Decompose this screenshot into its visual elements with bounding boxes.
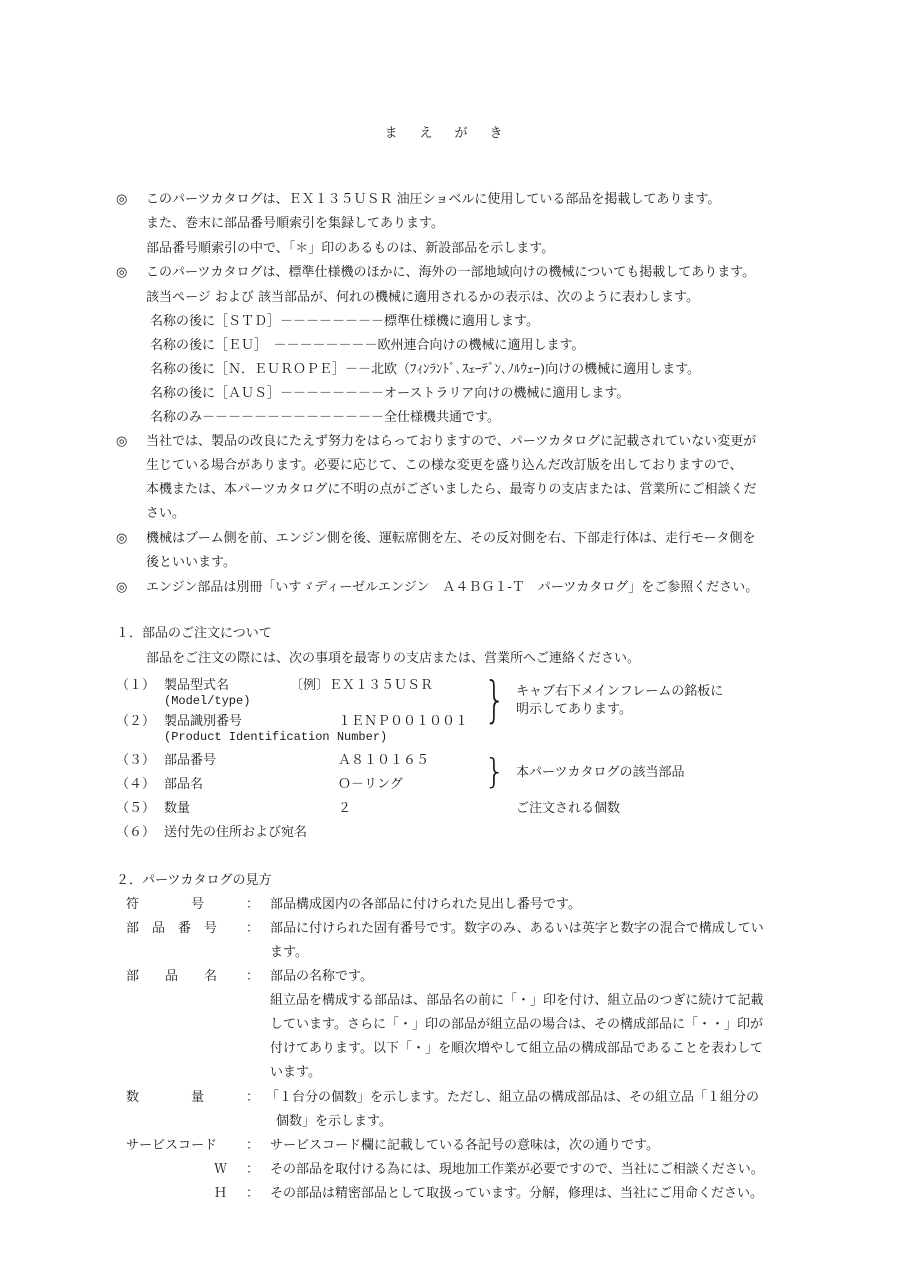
term-part-name: 部 品 名 <box>126 969 217 985</box>
note-1-line-1: このパーツカタログは、ＥＸ１３５ＵＳＲ 油圧ショベルに使用している部品を掲載して… <box>146 192 720 208</box>
bullet-mark-icon: ◎ <box>116 265 127 280</box>
bullet-mark-icon: ◎ <box>116 531 127 546</box>
note-1-line-3: 部品番号順索引の中で、「＊」印のあるものは、新設部品を示します。 <box>146 241 554 257</box>
item-6-num: （６） <box>116 825 155 841</box>
note-3-line-4: さい。 <box>146 506 185 522</box>
def-part-number-1: 部品に付けられた固有番号です。数字のみ、あるいは英字と数字の混合で構成してい <box>270 921 764 937</box>
item-2-label: 製品識別番号 <box>164 714 242 730</box>
section-1-heading: １．部品のご注文について <box>116 626 272 642</box>
colon: ： <box>246 897 259 913</box>
note-3-line-1: 当社では、製品の改良にたえず努力をはらっておりますので、パーツカタログに記載され… <box>146 434 756 450</box>
item-4-value: Ｏ－リング <box>338 777 403 793</box>
def-service-code: サービスコード欄に記載している各記号の意味は，次の通りです。 <box>270 1138 659 1154</box>
note-34: 本パーツカタログの該当部品 <box>516 765 684 781</box>
def-part-name-2: 組立品を構成する部品は、部品名の前に「・」印を付け、組立品のつぎに続けて記載 <box>270 993 763 1009</box>
def-symbol-1: 部品構成図内の各部品に付けられた見出し番号です。 <box>270 897 581 913</box>
section-2-heading: ２．パーツカタログの見方 <box>116 873 271 889</box>
item-6-label: 送付先の住所および宛名 <box>164 825 307 841</box>
note-12-line-1: キャブ右下メインフレームの銘板に <box>516 684 723 700</box>
item-4-label: 部品名 <box>164 777 203 793</box>
note-3-line-2: 生じている場合があります。必要に応じて、この様な変更を盛り込んだ改訂版を出してお… <box>146 458 742 474</box>
colon: ： <box>246 1138 259 1154</box>
item-1-sub: (Model/type) <box>164 693 250 709</box>
note-4-line-1: 機械はブーム側を前、エンジン側を後、運転席側を左、その反対側を右、下部走行体は、… <box>146 531 755 547</box>
def-code-w: その部品を取付ける為には、現地加工作業が必要ですので、当社にご相談ください。 <box>270 1162 764 1178</box>
colon: ： <box>246 1186 259 1202</box>
def-quantity-1: 「１台分の個数」を示します。ただし、組立品の構成部品は、その組立品「１組分の <box>266 1090 759 1106</box>
note-2-line-1: このパーツカタログは、標準仕様機のほかに、海外の一部地域向けの機械についても掲載… <box>146 265 755 281</box>
bullet-mark-icon: ◎ <box>116 580 127 595</box>
colon: ： <box>246 1090 259 1106</box>
item-2-value: １ＥＮＰ００１００１ <box>338 714 468 730</box>
def-code-h: その部品は精密部品として取扱っています。分解，修理は、当社にご用命ください。 <box>270 1186 763 1202</box>
colon: ： <box>246 921 259 937</box>
def-part-name-3: しています。さらに「・」印の部品が組立品の場合は、その構成部品に「・・」印が <box>270 1017 763 1033</box>
item-1-num: （１） <box>116 678 155 694</box>
right-brace-icon: } <box>484 755 506 789</box>
term-quantity: 数 量 <box>126 1090 204 1106</box>
item-3-num: （３） <box>116 753 155 769</box>
def-quantity-2: 個数」を示します。 <box>276 1114 392 1130</box>
code-std: 名称の後に［ＳＴＤ］－－－－－－－－標準仕様機に適用します。 <box>150 314 539 330</box>
def-part-name-4: 付けてあります。以下「・」を順次増やして組立品の構成部品であることを表わして <box>270 1041 763 1057</box>
code-all: 名称のみ－－－－－－－－－－－－－－全仕様機共通です。 <box>150 410 500 426</box>
code-eu: 名称の後に［ＥＵ］ －－－－－－－－欧州連合向けの機械に適用します。 <box>150 338 584 354</box>
code-n-europe: 名称の後に［Ｎ．ＥＵＲＯＰＥ］－－北欧（ﾌｨﾝﾗﾝﾄﾞ､ｽｪｰﾃﾞﾝ､ﾉﾙｳｪｰ… <box>150 362 700 378</box>
note-4-line-2: 後といいます。 <box>146 555 236 571</box>
note-12-line-2: 明示してあります。 <box>516 702 632 718</box>
bullet-mark-icon: ◎ <box>116 192 127 207</box>
term-service-code: サービスコード <box>126 1138 217 1154</box>
item-2-num: （２） <box>116 714 155 730</box>
term-code-h: Ｈ <box>214 1186 227 1202</box>
colon: ： <box>246 969 259 985</box>
note-5-line-1: エンジン部品は別冊「いすゞディーゼルエンジン Ａ４ＢＧ１-Ｔ パーツカタログ」を… <box>146 580 758 596</box>
def-part-name-1: 部品の名称です。 <box>270 969 373 985</box>
item-5-value: ２ <box>338 801 351 817</box>
item-5-num: （５） <box>116 801 155 817</box>
def-part-name-5: います。 <box>270 1065 321 1081</box>
code-aus: 名称の後に［ＡＵＳ］－－－－－－－－オーストラリア向けの機械に適用します。 <box>150 386 629 402</box>
bullet-mark-icon: ◎ <box>116 434 127 449</box>
note-1-line-2: また、巻末に部品番号順索引を集録してあります。 <box>146 216 444 232</box>
page-title: まえがき <box>0 122 909 141</box>
item-2-sub: (Product Identification Number) <box>164 729 387 745</box>
colon: ： <box>246 1162 259 1178</box>
item-1-label: 製品型式名 <box>164 678 229 694</box>
term-part-number: 部 品 番 号 <box>126 921 217 937</box>
note-3-line-3: 本機または、本パーツカタログに不明の点がございましたら、最寄りの支店または、営業… <box>146 482 756 498</box>
term-symbol: 符 号 <box>126 897 204 913</box>
note-5: ご注文される個数 <box>516 801 620 817</box>
term-code-w: Ｗ <box>214 1162 227 1178</box>
item-3-value: Ａ８１０１６５ <box>338 753 429 769</box>
item-3-label: 部品番号 <box>164 753 216 769</box>
note-2-line-2: 該当ページ および 該当部品が、何れの機械に適用されるかの表示は、次のように表わ… <box>146 290 699 306</box>
item-1-value: 〔例〕ＥＸ１３５ＵＳＲ <box>290 678 433 694</box>
item-5-label: 数量 <box>164 801 190 817</box>
section-1-intro: 部品をご注文の際には、次の事項を最寄りの支店または、営業所へご連絡ください。 <box>146 651 640 667</box>
def-part-number-2: ます。 <box>270 945 308 961</box>
item-4-num: （４） <box>116 777 155 793</box>
right-brace-icon: } <box>484 676 506 725</box>
